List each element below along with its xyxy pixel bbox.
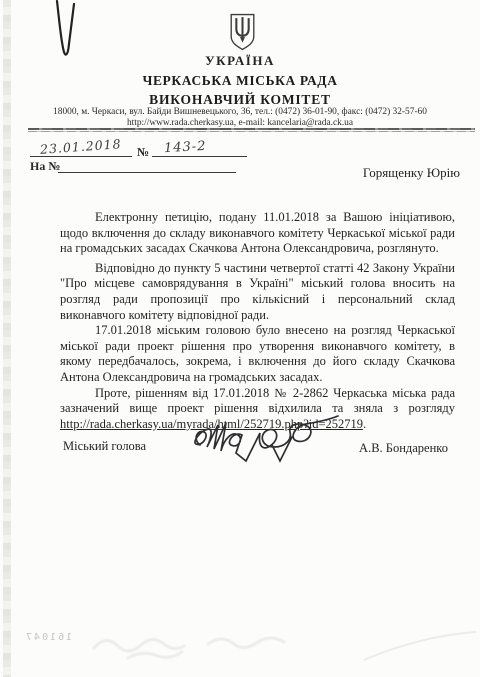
- reply-to-label: На №: [30, 159, 60, 174]
- outgoing-number-line: 143-2: [152, 138, 247, 157]
- org-address: 18000, м. Черкаси, вул. Байди Вишневецьк…: [0, 107, 480, 117]
- paper-crease-mark: [360, 626, 480, 666]
- committee-title: ВИКОНАВЧИЙ КОМІТЕТ: [0, 92, 480, 108]
- ukraine-trident-emblem-icon: [228, 13, 257, 51]
- recipient-name: Горященку Юрію: [363, 165, 460, 181]
- sentence-period: .: [363, 417, 366, 431]
- outgoing-date-line: 23.01.2018: [30, 138, 132, 157]
- paragraph-petition: Електронну петицію, подану 11.01.2018 за…: [60, 210, 455, 257]
- handwritten-signature: [186, 411, 342, 467]
- organization-title: ЧЕРКАСЬКА МІСЬКА РАДА: [0, 73, 480, 89]
- signer-name: А.В. Бондаренко: [359, 441, 448, 456]
- paragraph-draft-decision: 17.01.2018 міським головою було внесено …: [60, 323, 455, 385]
- header-divider: [28, 128, 475, 133]
- letter-body: Електронну петицію, подану 11.01.2018 за…: [60, 210, 455, 432]
- bleedthrough-stamp-number: 161047: [24, 632, 72, 643]
- country-title: УКРАЇНА: [0, 53, 480, 69]
- bleedthrough-handwriting: [88, 632, 298, 666]
- paragraph-law-reference: Відповідно до пункту 5 частини четвертої…: [60, 261, 455, 323]
- scanned-letter-page: УКРАЇНА ЧЕРКАСЬКА МІСЬКА РАДА ВИКОНАВЧИЙ…: [0, 0, 480, 677]
- handwritten-date: 23.01.2018: [40, 136, 122, 157]
- pen-checkmark: [48, 0, 84, 60]
- org-contacts: http://www.rada.cherkasy.ua, e-mail: kan…: [0, 118, 480, 128]
- signer-title: Міський голова: [63, 439, 146, 454]
- reply-to-blank-line: [58, 156, 236, 173]
- handwritten-number: 143-2: [164, 139, 207, 156]
